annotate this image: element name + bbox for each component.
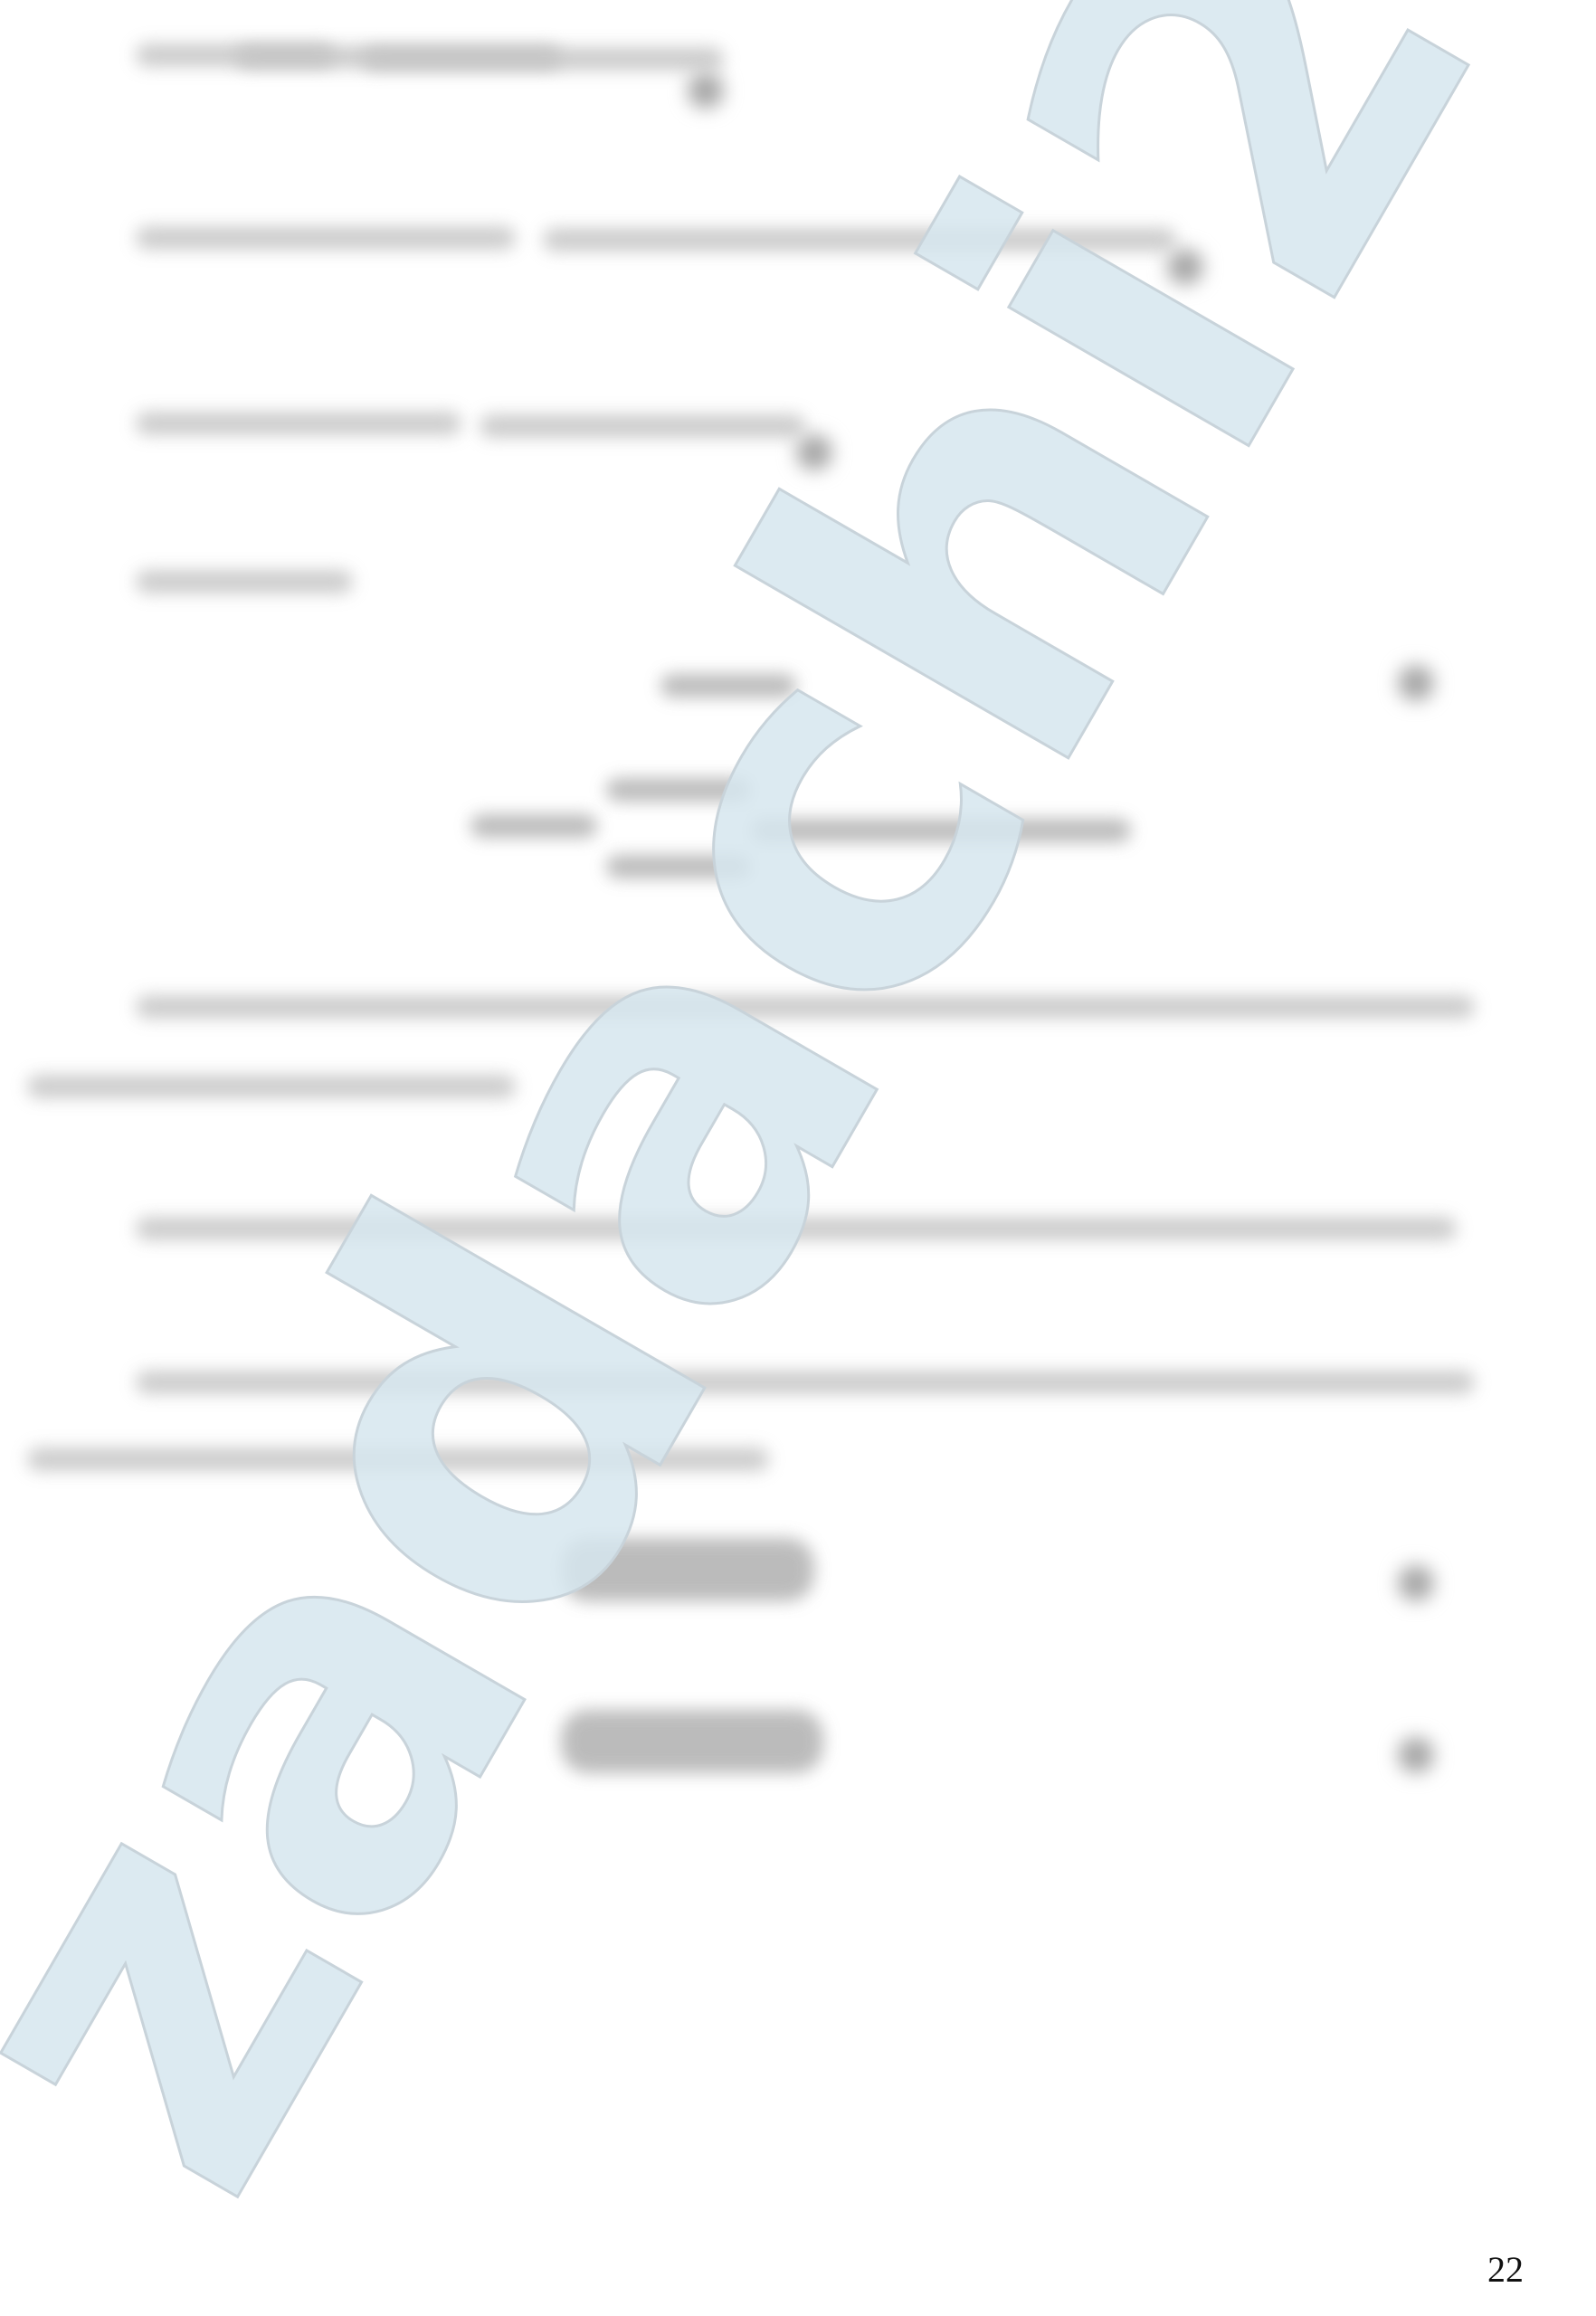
formula (543, 228, 1176, 252)
text-line (27, 1447, 769, 1471)
formula-fraction (688, 72, 724, 109)
formula (480, 414, 805, 438)
document-page: 22 (0, 0, 1596, 2316)
text-line (136, 995, 1475, 1019)
formula (470, 814, 597, 838)
formula (362, 47, 724, 71)
formula-fraction (796, 434, 832, 470)
text-line (136, 1217, 1457, 1240)
formula (561, 1710, 823, 1773)
formula (606, 855, 751, 878)
text-line (136, 412, 461, 435)
text-line (136, 570, 353, 593)
formula-fraction (1167, 249, 1203, 285)
formula (660, 674, 796, 698)
formula (751, 819, 1131, 842)
text-line (136, 226, 516, 250)
formula (561, 1538, 814, 1601)
text-line (27, 1075, 516, 1098)
formula (606, 778, 751, 802)
text-line (136, 1371, 1475, 1394)
page-number: 22 (1487, 2248, 1524, 2291)
equation-number (1398, 1737, 1434, 1773)
equation-number (1398, 1565, 1434, 1601)
equation-number (1398, 665, 1434, 701)
